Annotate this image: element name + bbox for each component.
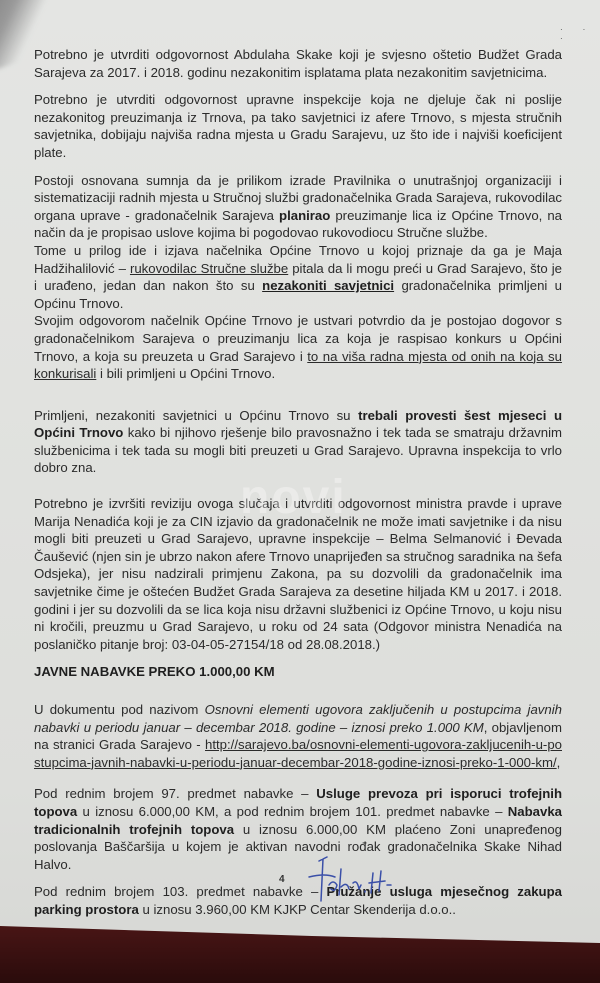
text-span: Primljeni, nezakoniti savjetnici u Općin… [34,408,358,423]
paragraph-8: U dokumentu pod nazivom Osnovni elementi… [34,701,562,771]
paragraph-5: Svojim odgovorom načelnik Općine Trnovo … [34,312,562,382]
section-heading: JAVNE NABAVKE PREKO 1.000,00 KM [34,663,562,681]
paragraph-3: Postoji osnovana sumnja da je prilikom i… [34,172,562,242]
underline-span: rukovodilac Stručne službe [130,261,288,276]
signature-icon [305,855,395,905]
bold-span: planirao [279,208,330,223]
page-footer: 4 [275,855,425,905]
text-span: , [557,755,561,770]
watermark: novi [240,470,347,525]
paper-sheet: ·· · Potrebno je utvrditi odgovornost Ab… [0,0,600,983]
text-span: u iznosu 6.000,00 KM, a pod rednim broje… [77,804,508,819]
page-number: 4 [279,874,285,885]
text-span: Pod rednim brojem 97. predmet nabavke – [34,786,316,801]
scan-specks: ·· · [560,25,600,43]
bold-underline-span: nezakoniti savjetnici [262,278,394,293]
paragraph-1: Potrebno je utvrditi odgovornost Abdulah… [34,46,562,81]
paragraph-4: Tome u prilog ide i izjava načelnika Opć… [34,242,562,312]
text-span: i bili primljeni u Općini Trnovo. [96,366,275,381]
paragraph-2: Potrebno je utvrditi odgovornost upravne… [34,91,562,161]
paragraph-6: Primljeni, nezakoniti savjetnici u Općin… [34,407,562,477]
text-span: U dokumentu pod nazivom [34,702,205,717]
